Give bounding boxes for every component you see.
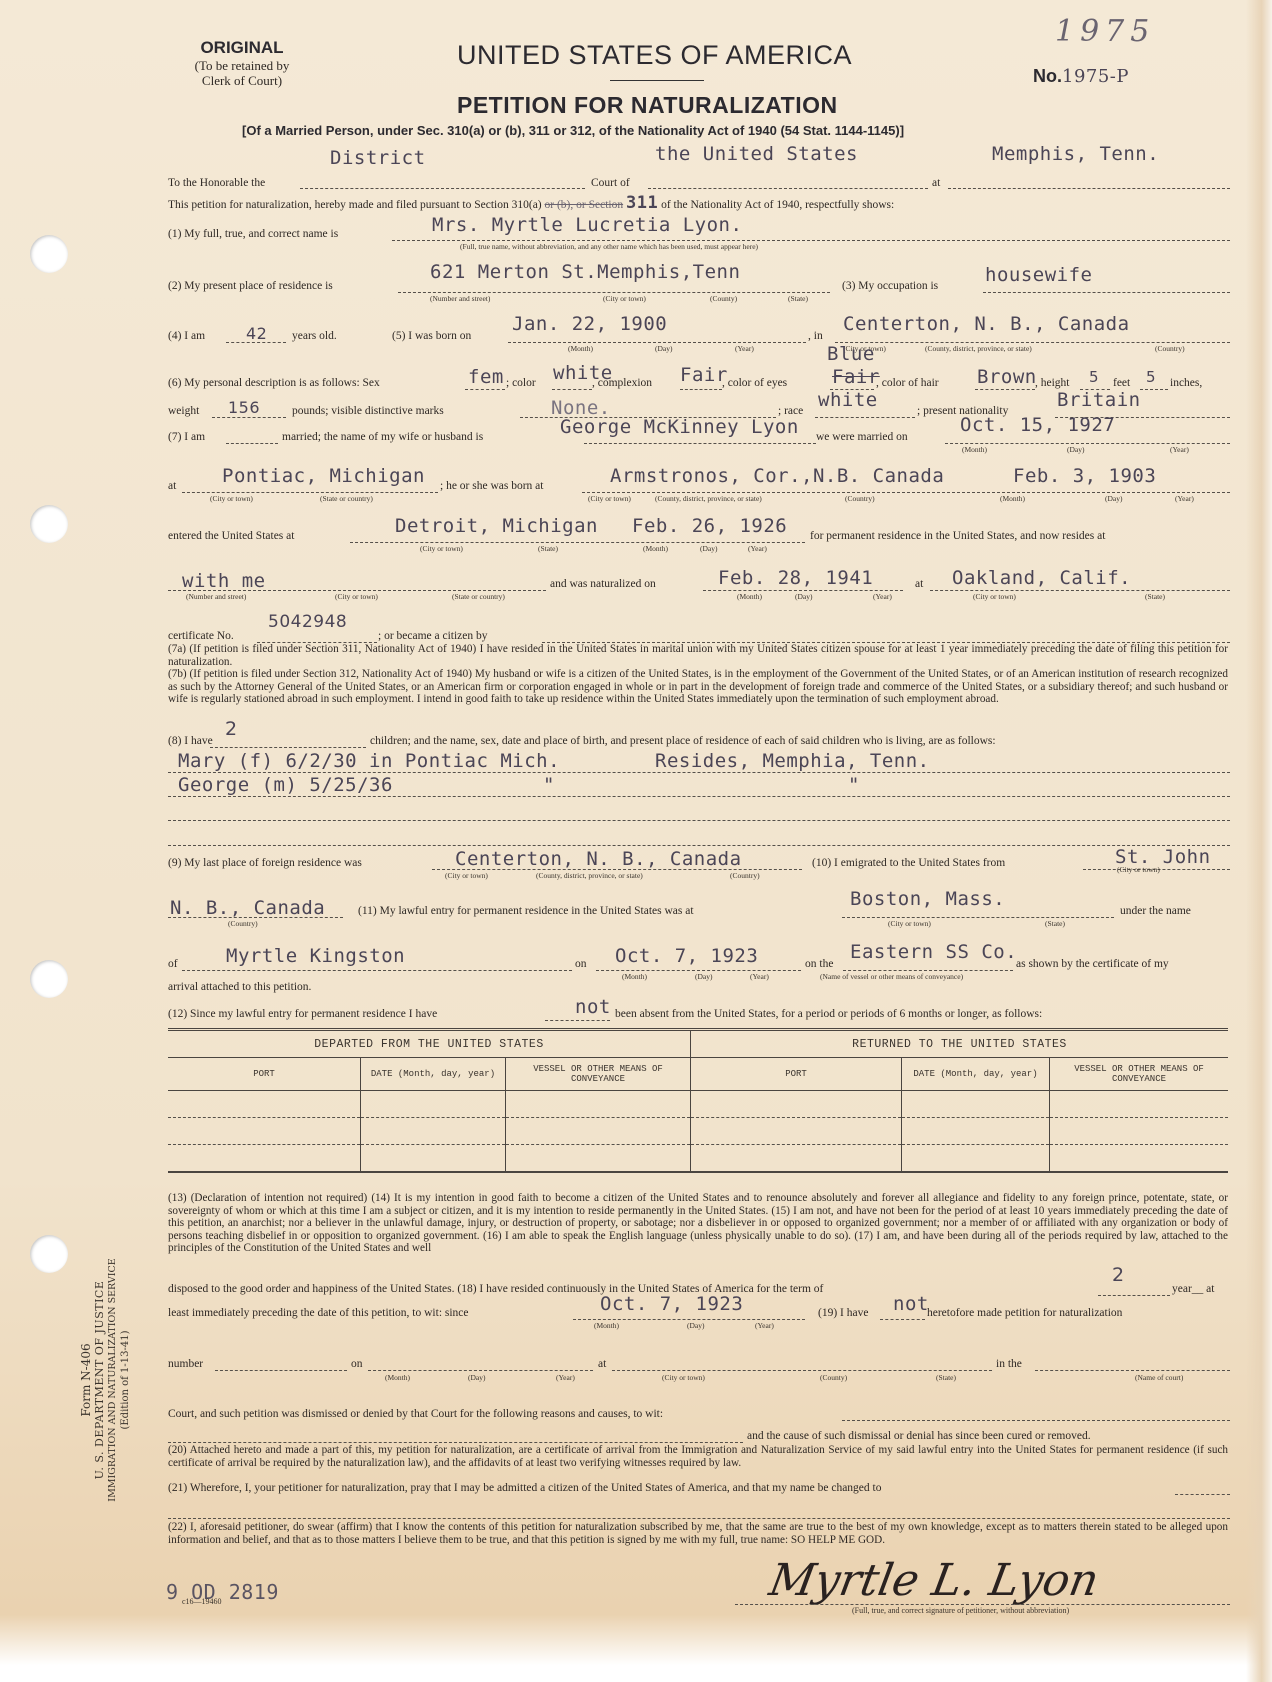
naturalized-place-field[interactable]: Oakland, Calif. <box>952 567 1131 589</box>
table-cell[interactable] <box>168 1091 361 1118</box>
name-change-line-1 <box>1175 1494 1230 1495</box>
race-line <box>815 417 915 418</box>
caption-city-e: (City or town) <box>420 544 463 553</box>
child-line-2 <box>168 796 1230 797</box>
caption-year-rs: (Year) <box>755 1321 774 1330</box>
entry-date-field[interactable]: Oct. 7, 1923 <box>615 945 758 967</box>
number-line <box>215 1370 347 1371</box>
document-subtitle: PETITION FOR NATURALIZATION <box>457 92 838 119</box>
form-edition: (Edition of 1-13-41) <box>119 1230 132 1530</box>
intro-struck: or (b), or Section <box>545 199 624 211</box>
q3-label: (3) My occupation is <box>842 280 938 292</box>
naturalized-label: and was naturalized on <box>550 578 656 590</box>
caption-day: (Day) <box>655 344 673 353</box>
occupation-field[interactable]: housewife <box>985 264 1092 286</box>
intro-text: This petition for naturalization, hereby… <box>168 193 894 213</box>
caption-city-n: (City or town) <box>973 592 1016 601</box>
handwritten-number: 1975 <box>1055 14 1155 49</box>
caption-country-sb: (Country) <box>845 494 875 503</box>
color-label: ; color <box>506 377 536 389</box>
caption-street-r: (Number and street) <box>186 592 246 601</box>
punch-hole <box>30 960 68 998</box>
col-vessel-returned: VESSEL OR OTHER MEANS OF CONVEYANCE <box>1050 1058 1229 1091</box>
caption-month-n: (Month) <box>737 592 762 601</box>
court-type[interactable]: District <box>330 147 426 169</box>
court-type-line <box>300 188 585 189</box>
child-2-ditto-2: " <box>848 774 860 796</box>
weight-line <box>212 417 286 418</box>
prior-petition-line <box>880 1319 925 1320</box>
caption-year-sb: (Year) <box>1175 494 1194 503</box>
entry-date-line <box>596 970 801 971</box>
caption-county-sb: (County, district, province, or state) <box>655 494 762 503</box>
spouse-birthplace-field[interactable]: Armstronos, Cor.,N.B. Canada <box>610 465 944 487</box>
para-7a: (7a) (If petition is filed under Section… <box>168 643 1228 668</box>
caption-state: (State) <box>788 294 808 303</box>
arrival-label: arrival attached to this petition. <box>168 981 311 993</box>
hair-label: , color of hair <box>876 377 939 389</box>
number-label: number <box>168 1358 203 1370</box>
table-row <box>168 1118 1228 1145</box>
marriage-date-field[interactable]: Oct. 15, 1927 <box>960 414 1115 436</box>
q6-label: (6) My personal description is as follow… <box>168 377 380 389</box>
q4-label: (4) I am <box>168 330 205 342</box>
spouse-born-label: ; he or she was born at <box>440 480 543 492</box>
court-of-line <box>648 188 928 189</box>
col-port-departed: PORT <box>168 1058 361 1091</box>
table-cell[interactable] <box>902 1118 1050 1145</box>
q18-since-label: least immediately preceding the date of … <box>168 1307 469 1319</box>
table-cell[interactable] <box>506 1145 691 1173</box>
caption-country-em: (Country) <box>228 919 258 928</box>
child-2-entry[interactable]: George (m) 5/25/36 <box>178 774 393 796</box>
under-name-label: under the name <box>1120 905 1191 917</box>
entry-place-field[interactable]: Boston, Mass. <box>850 888 1005 910</box>
residence-years-line <box>1098 1295 1170 1296</box>
marriage-at-label: at <box>168 480 176 492</box>
spouse-birth-line <box>582 492 1230 493</box>
form-sidebar: Form N-406 U. S. DEPARTMENT OF JUSTICE I… <box>80 1230 132 1530</box>
emigrated-country-field[interactable]: N. B., Canada <box>170 897 325 919</box>
returned-header: RETURNED TO THE UNITED STATES <box>691 1030 1229 1058</box>
complexion-field[interactable]: Fair <box>680 364 728 386</box>
punch-hole <box>30 1235 68 1273</box>
caption-city-mp: (City or town) <box>210 494 253 503</box>
caption-court-p: (Name of court) <box>1135 1373 1183 1382</box>
race-field[interactable]: white <box>818 389 878 411</box>
in-the-label: in the <box>996 1358 1022 1370</box>
punch-hole <box>30 235 68 273</box>
cured-text: and the cause of such dismissal or denia… <box>747 1430 1091 1442</box>
full-name-field[interactable]: Mrs. Myrtle Lucretia Lyon. <box>432 214 742 236</box>
court-of[interactable]: the United States <box>655 143 858 165</box>
caption-city: (City or town) <box>603 294 646 303</box>
pounds-label: pounds; visible distinctive marks <box>292 405 444 417</box>
para-20: (20) Attached hereto and made a part of … <box>168 1444 1228 1469</box>
paper-edge <box>1246 0 1272 1682</box>
child-line-1 <box>168 772 1230 773</box>
entry-name-field[interactable]: Myrtle Kingston <box>226 945 405 967</box>
q19-suffix: heretofore made petition for naturalizat… <box>927 1307 1122 1319</box>
caption-year: (Year) <box>735 344 754 353</box>
caption-year-m: (Year) <box>1170 445 1189 454</box>
statute-line: [Of a Married Person, under Sec. 310(a) … <box>242 123 904 138</box>
caption-state-p: (State) <box>936 1373 956 1382</box>
spouse-entry-date-field[interactable]: Feb. 26, 1926 <box>632 515 787 537</box>
naturalized-at-label: at <box>915 578 923 590</box>
height-in-line <box>1140 389 1168 390</box>
table-cell[interactable] <box>1050 1118 1229 1145</box>
table-cell[interactable] <box>691 1145 902 1173</box>
naturalized-date-line <box>703 590 903 591</box>
q5-label: (5) I was born on <box>392 330 471 342</box>
child-1-entry[interactable]: Mary (f) 6/2/30 in Pontiac Mich. <box>178 750 560 772</box>
feet-label: feet <box>1113 377 1130 389</box>
nationality-field[interactable]: Britain <box>1057 389 1141 411</box>
caption-state-e: (State) <box>538 544 558 553</box>
original-block: ORIGINAL (To be retained by Clerk of Cou… <box>172 38 312 88</box>
at-label: at <box>932 177 940 189</box>
absent-line <box>545 1020 610 1021</box>
court-dismissed-text: Court, and such petition was dismissed o… <box>168 1408 663 1420</box>
court-at[interactable]: Memphis, Tenn. <box>992 143 1159 165</box>
caption-day-p: (Day) <box>468 1373 486 1382</box>
caption-day-rs: (Day) <box>687 1321 705 1330</box>
complexion-label: , complexion <box>592 377 652 389</box>
color-line <box>552 389 592 390</box>
para-7b: (7b) (If petition is filed under Section… <box>168 668 1228 706</box>
entered-label: entered the United States at <box>168 530 294 542</box>
caption-vessel: (Name of vessel or other means of convey… <box>820 972 963 981</box>
dismissed-line-1 <box>842 1420 1230 1421</box>
caption-state-n: (State) <box>1145 592 1165 601</box>
q1-caption: (Full, true name, without abbreviation, … <box>460 242 758 251</box>
complexion-line <box>680 389 722 390</box>
caption-year-p: (Year) <box>556 1373 575 1382</box>
weight-label: weight <box>168 405 199 417</box>
birth-place-line <box>835 342 1230 343</box>
birth-date-field[interactable]: Jan. 22, 1900 <box>512 313 667 335</box>
vessel-line <box>843 970 1013 971</box>
table-cell[interactable] <box>902 1145 1050 1173</box>
prior-date-line <box>368 1370 593 1371</box>
caption-day-m: (Day) <box>1067 445 1085 454</box>
caption-year-n: (Year) <box>873 592 892 601</box>
punch-hole <box>30 505 68 543</box>
caption-city-ep: (City or town) <box>888 919 931 928</box>
intro-a: This petition for naturalization, hereby… <box>168 199 542 211</box>
caption-month: (Month) <box>568 344 593 353</box>
para-13-17: (13) (Declaration of intention not requi… <box>168 1192 1228 1255</box>
caption-month-ed: (Month) <box>622 972 647 981</box>
q12-suffix: been absent from the United States, for … <box>615 1008 1042 1020</box>
retained-note-2: Clerk of Court) <box>172 73 312 88</box>
height-label: , height <box>1035 377 1070 389</box>
q19-label: (19) I have <box>818 1307 868 1319</box>
caption-city-em: (City or town) <box>1117 865 1160 874</box>
table-cell[interactable] <box>361 1118 506 1145</box>
q12-label: (12) Since my lawful entry for permanent… <box>168 1008 437 1020</box>
caption-county-2: (County, district, province, or state) <box>925 344 1032 353</box>
table-cell[interactable] <box>1050 1145 1229 1173</box>
in-label: , in <box>808 330 823 342</box>
q2-line <box>398 292 830 293</box>
caption-year-ed: (Year) <box>750 972 769 981</box>
absent-field[interactable]: not <box>575 996 611 1018</box>
children-count-line <box>210 747 366 748</box>
section-typed: 311 <box>626 193 658 213</box>
prior-place-line <box>612 1370 992 1371</box>
married-on-label: we were married on <box>816 431 908 443</box>
marriage-date-line <box>945 443 1230 444</box>
document-title: UNITED STATES OF AMERICA <box>457 40 852 71</box>
col-port-returned: PORT <box>691 1058 902 1091</box>
caption-month-m: (Month) <box>962 445 987 454</box>
petitioner-signature[interactable]: Myrtle L. Lyon <box>766 1555 1103 1606</box>
q18-year-label: year__ at <box>1172 1283 1214 1295</box>
caption-month-e: (Month) <box>643 544 668 553</box>
court-of-label: Court of <box>591 177 630 189</box>
form-number: Form N-406 <box>80 1230 93 1530</box>
foreign-residence-field[interactable]: Centerton, N. B., Canada <box>455 848 742 870</box>
caption-month-sb: (Month) <box>1000 494 1025 503</box>
caption-day-sb: (Day) <box>1105 494 1123 503</box>
caption-year-e: (Year) <box>748 544 767 553</box>
caption-day-n: (Day) <box>795 592 813 601</box>
child-1-residence[interactable]: Resides, Memphia, Tenn. <box>655 750 930 772</box>
q9-label: (9) My last place of foreign residence w… <box>168 857 362 869</box>
col-date-departed: DATE (Month, day, year) <box>361 1058 506 1091</box>
birth-place-field[interactable]: Centerton, N. B., Canada <box>843 313 1130 335</box>
spouse-entry-place-field[interactable]: Detroit, Michigan <box>395 515 598 537</box>
married-line <box>226 443 278 444</box>
caption-state-ep: (State) <box>1045 919 1065 928</box>
certificate-number-field[interactable]: 5042948 <box>268 612 347 632</box>
caption-country: (Country) <box>1155 344 1185 353</box>
signature-caption: (Full, true, and correct signature of pe… <box>852 1606 1069 1615</box>
to-honorable-label: To the Honorable the <box>168 177 265 189</box>
original-label: ORIGINAL <box>172 38 312 58</box>
child-line-3 <box>168 820 1230 821</box>
dismissed-line-2 <box>168 1442 743 1443</box>
caption-city-fr: (City or town) <box>445 871 488 880</box>
caption-county-fr: (County, district, province, or state) <box>536 871 643 880</box>
naturalized-place-line <box>930 590 1230 591</box>
caption-state-r: (State or country) <box>452 592 505 601</box>
departed-header: DEPARTED FROM THE UNITED STATES <box>168 1030 691 1058</box>
certificate-label: certificate No. <box>168 630 234 642</box>
height-inches-field[interactable]: 5 <box>1146 368 1156 386</box>
marriage-place-line <box>182 492 438 493</box>
residence-field[interactable]: 621 Merton St.Memphis,Tenn <box>430 261 740 283</box>
department-name: U. S. DEPARTMENT OF JUSTICE <box>93 1230 106 1530</box>
weight-field[interactable]: 156 <box>228 398 260 417</box>
residence-since-line <box>573 1319 805 1320</box>
caption-country-fr: (Country) <box>730 871 760 880</box>
permanent-label: for permanent residence in the United St… <box>810 530 1105 542</box>
naturalized-date-field[interactable]: Feb. 28, 1941 <box>718 567 873 589</box>
eyes-label: , color of eyes <box>722 377 787 389</box>
absence-table: DEPARTED FROM THE UNITED STATES RETURNED… <box>168 1028 1228 1173</box>
q2-label: (2) My present place of residence is <box>168 280 333 292</box>
table-cell[interactable] <box>361 1145 506 1173</box>
retained-note: (To be retained by <box>172 58 312 73</box>
caption-day-e: (Day) <box>700 544 718 553</box>
court-at-line <box>948 188 1230 189</box>
hair-field[interactable]: Brown <box>977 366 1037 388</box>
on-the-label: on the <box>805 958 833 970</box>
table-cell[interactable] <box>691 1118 902 1145</box>
caption-street: (Number and street) <box>430 294 490 303</box>
inches-label: inches, <box>1170 377 1202 389</box>
signature-line <box>735 1604 1230 1605</box>
para-22: (22) I, aforesaid petitioner, do swear (… <box>168 1521 1228 1546</box>
no-value: 1975-P <box>1062 66 1129 87</box>
caption-city-sb: (City or town) <box>588 494 631 503</box>
entry-place-line <box>842 917 1114 918</box>
eyes-struck: Fair <box>832 366 880 388</box>
table-row <box>168 1145 1228 1173</box>
court-name-line <box>1035 1370 1230 1371</box>
age-field[interactable]: 42 <box>246 324 267 343</box>
q7-label: (7) I am <box>168 431 205 443</box>
print-code: c16—19460 <box>182 1597 222 1606</box>
table-cell[interactable] <box>506 1118 691 1145</box>
q4-suffix: years old. <box>292 330 337 342</box>
caption-month-p: (Month) <box>385 1373 410 1382</box>
caption-day-ed: (Day) <box>695 972 713 981</box>
caption-state-mp: (State or country) <box>320 494 373 503</box>
spouse-line <box>584 443 816 444</box>
q11-label: (11) My lawful entry for permanent resid… <box>358 905 694 917</box>
table-cell[interactable] <box>168 1118 361 1145</box>
q10-label: (10) I emigrated to the United States fr… <box>812 857 1005 869</box>
spouse-name-field[interactable]: George McKinney Lyon <box>560 416 799 438</box>
caption-county-p: (County) <box>820 1373 847 1382</box>
q8-label: (8) I have <box>168 735 213 747</box>
sex-line <box>465 389 505 390</box>
children-count-field[interactable]: 2 <box>225 718 238 740</box>
prior-petition-field[interactable]: not <box>893 1293 929 1315</box>
q1-label: (1) My full, true, and correct name is <box>168 228 338 240</box>
child-line-4 <box>168 845 1230 846</box>
name-change-line-2 <box>168 1518 1230 1519</box>
spouse-birth-date-field[interactable]: Feb. 3, 1903 <box>1013 465 1156 487</box>
residence-since-field[interactable]: Oct. 7, 1923 <box>600 1293 743 1315</box>
hair-line <box>975 389 1035 390</box>
q3-line <box>983 292 1230 293</box>
q8-suffix: children; and the name, sex, date and pl… <box>370 735 996 747</box>
q1-line <box>392 240 1230 241</box>
table-row <box>168 1091 1228 1118</box>
title-rule <box>610 80 704 81</box>
table-cell[interactable] <box>691 1091 902 1118</box>
sex-field[interactable]: fem <box>468 366 504 388</box>
on-label: on <box>575 958 587 970</box>
caption-month-rs: (Month) <box>594 1321 619 1330</box>
table-cell[interactable] <box>1050 1091 1229 1118</box>
para-21: (21) Wherefore, I, your petitioner for n… <box>168 1482 881 1494</box>
col-vessel-departed: VESSEL OR OTHER MEANS OF CONVEYANCE <box>506 1058 691 1091</box>
spouse-residence-field[interactable]: with me <box>182 570 266 592</box>
petition-number: No.1975-P <box>1033 66 1129 87</box>
caption-city-r: (City or town) <box>335 592 378 601</box>
service-name: IMMIGRATION AND NATURALIZATION SERVICE <box>106 1230 119 1530</box>
table-cell[interactable] <box>506 1091 691 1118</box>
residence-years-field[interactable]: 2 <box>1112 1264 1125 1286</box>
marriage-place-field[interactable]: Pontiac, Michigan <box>222 465 425 487</box>
caption-city-p: (City or town) <box>662 1373 705 1382</box>
caption-county: (County) <box>710 294 737 303</box>
vessel-field[interactable]: Eastern SS Co. <box>850 941 1017 963</box>
prior-on-label: on <box>351 1358 363 1370</box>
birth-date-line <box>508 342 806 343</box>
of-label: of <box>168 958 178 970</box>
eyes-field[interactable]: Blue <box>827 343 875 365</box>
became-label: ; or became a citizen by <box>378 630 488 642</box>
col-date-returned: DATE (Month, day, year) <box>902 1058 1050 1091</box>
table-cell[interactable] <box>902 1091 1050 1118</box>
intro-b: of the Nationality Act of 1940, respectf… <box>661 199 894 211</box>
height-feet-field[interactable]: 5 <box>1089 368 1099 386</box>
spouse-entry-line <box>350 542 805 543</box>
table-cell[interactable] <box>168 1145 361 1173</box>
child-2-ditto-1: " <box>543 774 555 796</box>
married-label: married; the name of my wife or husband … <box>282 431 483 443</box>
table-cell[interactable] <box>361 1091 506 1118</box>
no-label: No. <box>1033 66 1062 86</box>
entry-name-line <box>182 970 572 971</box>
as-shown-label: as shown by the certificate of my <box>1016 958 1169 970</box>
prior-at-label: at <box>598 1358 606 1370</box>
